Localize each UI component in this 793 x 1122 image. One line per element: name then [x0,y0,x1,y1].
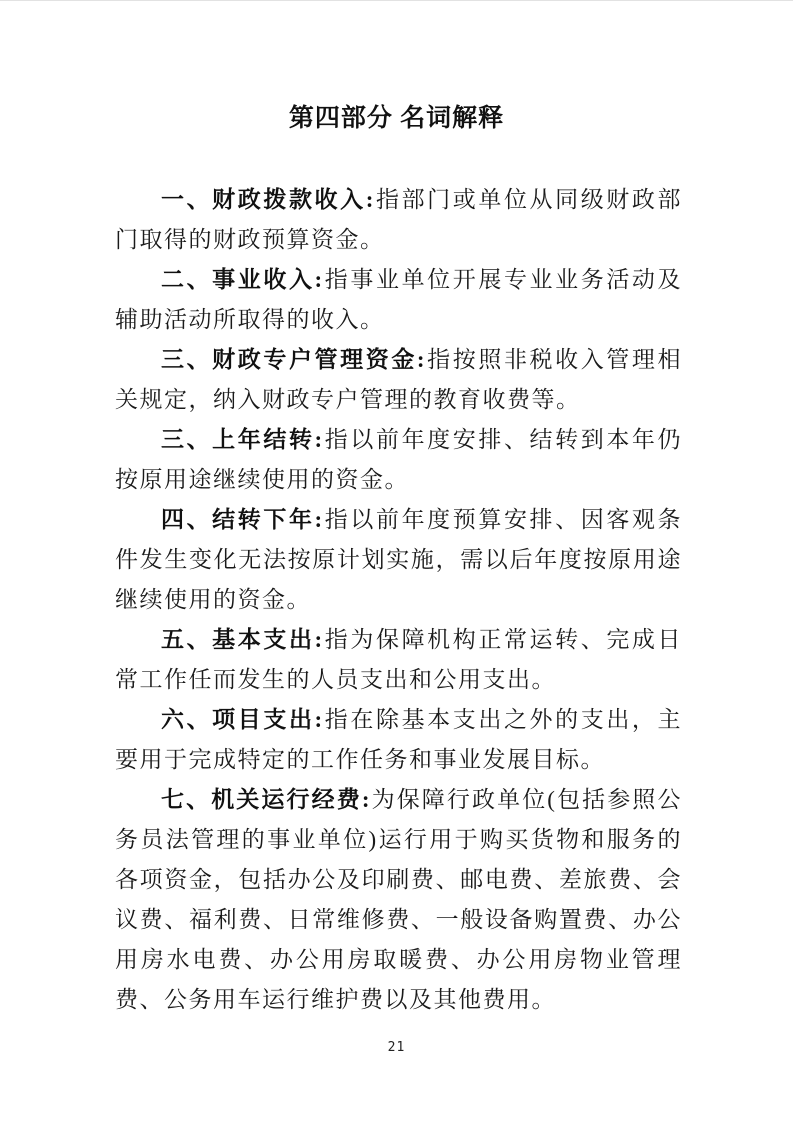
definition-paragraph: 四、结转下年:指以前年度预算安排、因客观条件发生变化无法按原计划实施，需以后年度… [115,500,682,620]
definition-term: 六、项目支出: [161,707,324,732]
document-page: 第四部分 名词解释 一、财政拨款收入:指部门或单位从同级财政部门取得的财政预算资… [0,0,793,1122]
definition-term: 三、上年结转: [161,427,324,452]
definition-paragraph: 六、项目支出:指在除基本支出之外的支出，主要用于完成特定的工作任务和事业发展目标… [115,700,682,780]
page-title: 第四部分 名词解释 [0,101,793,137]
definition-term: 二、事业收入: [161,267,324,292]
definition-paragraph: 三、上年结转:指以前年度安排、结转到本年仍按原用途继续使用的资金。 [115,420,682,500]
definition-text: 为保障行政单位(包括参照公务员法管理的事业单位)运行用于购买货物和服务的各项资金… [115,787,682,1012]
scan-edge-line [0,0,793,1]
definition-paragraph: 三、财政专户管理资金:指按照非税收入管理相关规定，纳入财政专户管理的教育收费等。 [115,340,682,420]
definition-paragraph: 五、基本支出:指为保障机构正常运转、完成日常工作任而发生的人员支出和公用支出。 [115,620,682,700]
definition-term: 五、基本支出: [161,627,324,652]
definition-term: 四、结转下年: [161,507,324,532]
definition-term: 七、机关运行经费: [161,787,371,812]
definition-paragraph: 二、事业收入:指事业单位开展专业业务活动及辅助活动所取得的收入。 [115,260,682,340]
definition-paragraph: 一、财政拨款收入:指部门或单位从同级财政部门取得的财政预算资金。 [115,180,682,260]
definitions-list: 一、财政拨款收入:指部门或单位从同级财政部门取得的财政预算资金。 二、事业收入:… [115,180,682,1020]
definition-term: 三、财政专户管理资金: [161,347,426,372]
definition-paragraph: 七、机关运行经费:为保障行政单位(包括参照公务员法管理的事业单位)运行用于购买货… [115,780,682,1020]
definition-term: 一、财政拨款收入: [161,187,375,212]
page-number: 21 [0,1039,793,1057]
